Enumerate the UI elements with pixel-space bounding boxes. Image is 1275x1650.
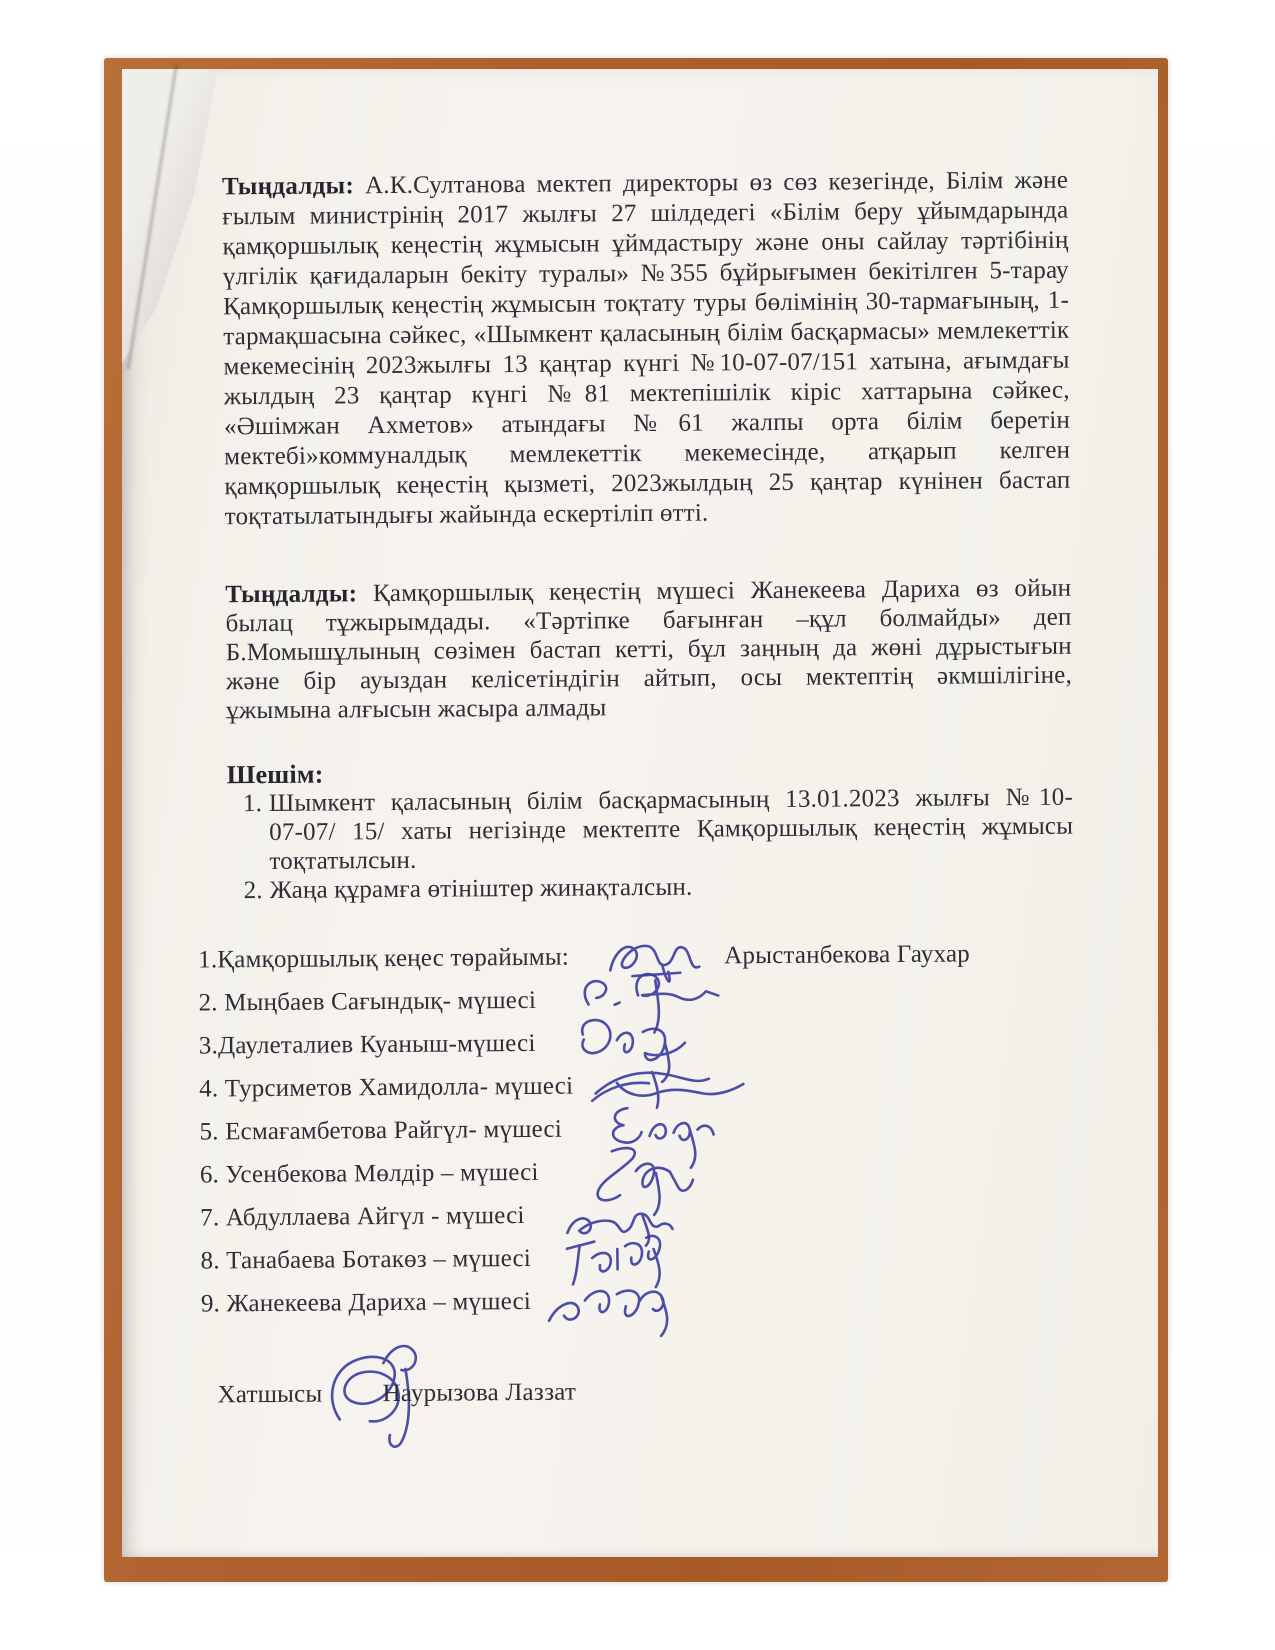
signature-label: Хатшысы	[218, 1381, 323, 1409]
signature-label: 7. Абдуллаева Айгүл - мүшесі	[200, 1202, 525, 1232]
signature-row-member: 9. Жанекеева Дариха – мүшесі	[201, 1283, 1077, 1333]
signature-label: 6. Усенбекова Мөлдір – мүшесі	[200, 1159, 539, 1189]
bold-lead: Тыңдалды:	[225, 580, 357, 608]
signature-label: 8. Танабаева Ботакөз – мүшесі	[200, 1245, 531, 1275]
signature-row-secretary: Хатшысы Наурызова Лаззат	[218, 1374, 1078, 1421]
decision-item-1: 1. Шымкент қаласының білім басқармасының…	[227, 783, 1074, 877]
signature-scribble	[541, 1264, 692, 1343]
chair-name: Арыстанбекова Гаухар	[724, 939, 970, 971]
secretary-name: Наурызова Лаззат	[382, 1378, 576, 1410]
signature-label: 4. Турсиметов Хамидолла- мүшесі	[199, 1073, 573, 1103]
folder-cover: Тыңдалды: А.К.Султанова мектеп директоры…	[104, 58, 1168, 1582]
text-line: Жаңа құрамға өтініштер жинақталсын.	[270, 870, 1074, 905]
signature-label: 3.Даулеталиев Куаныш-мүшесі	[199, 1030, 536, 1060]
line-text: А.К.Султанова мектеп директоры өз сөз ке…	[365, 167, 1068, 200]
text-line: тоқтатылатындығы жайында ескертіліп өтті…	[225, 496, 1071, 533]
corner-fold	[122, 69, 232, 369]
line-text: Қамқоршылық кеңестің мүшесі Жанекеева Да…	[373, 575, 1072, 607]
item-number: 1.	[243, 789, 262, 818]
signature-label: 1.Қамқоршылық кеңес төрайымы:	[198, 944, 569, 974]
paragraph-tyndaldy-1: Тыңдалды: А.К.Султанова мектеп директоры…	[222, 166, 1071, 533]
bold-lead: Тыңдалды:	[222, 172, 354, 200]
signature-label: 9. Жанекеева Дариха – мүшесі	[201, 1288, 531, 1318]
scanned-document-photo: Тыңдалды: А.К.Султанова мектеп директоры…	[0, 0, 1275, 1650]
text-line: ұжымына алғысын жасыра алмады	[226, 690, 1072, 726]
decision-item-2: 2. Жаңа құрамға өтініштер жинақталсын.	[228, 870, 1074, 906]
item-number: 2.	[244, 876, 263, 905]
paragraph-tyndaldy-2: Тыңдалды: Қамқоршылық кеңестің мүшесі Жа…	[225, 574, 1072, 726]
signature-label: 2. Мыңбаев Сағындық- мүшесі	[198, 987, 536, 1017]
signature-block: 1.Қамқоршылық кеңес төрайымы: Арыстанбек…	[198, 939, 1078, 1421]
signature-label: 5. Есмағамбетова Райгүл- мүшесі	[199, 1116, 562, 1146]
paper-page: Тыңдалды: А.К.Султанова мектеп директоры…	[122, 69, 1158, 1557]
document-body: Тыңдалды: А.К.Султанова мектеп директоры…	[222, 166, 1078, 1421]
